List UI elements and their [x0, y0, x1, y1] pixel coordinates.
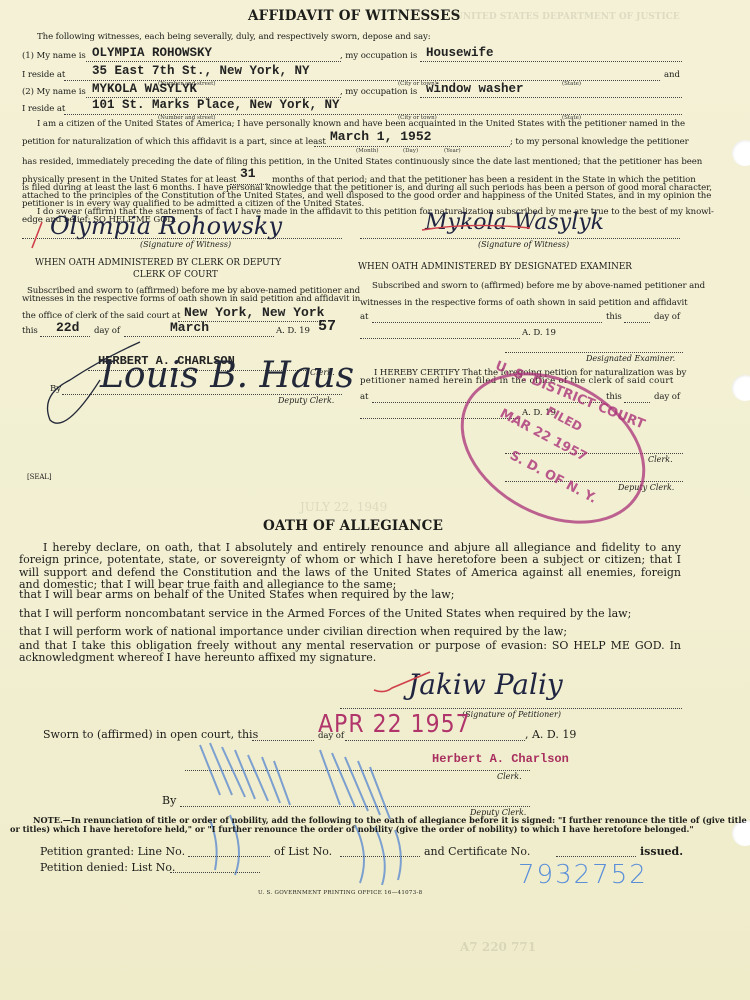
bleed-header: UNITED STATES DEPARTMENT OF JUSTICE	[455, 12, 680, 22]
dotted-line	[188, 856, 270, 857]
witness1-occupation: Housewife	[426, 46, 494, 60]
state-sublabel: (State)	[562, 81, 581, 87]
examiner-line1: Subscribed and sworn to (affirmed) befor…	[372, 281, 705, 291]
clerk-this-label: this	[22, 326, 38, 336]
dotted-line	[40, 336, 90, 337]
clerk-day-of-label: day of	[94, 326, 120, 336]
witness2-occupation-label: , my occupation is	[340, 87, 417, 97]
oath-month: March	[170, 320, 209, 335]
oath-final-para: and that I take this obligation freely w…	[19, 640, 681, 665]
printer-footer: U. S. GOVERNMENT PRINTING OFFICE 16—4107…	[258, 890, 422, 896]
bleed-alien-number: A7 220 771	[460, 940, 536, 954]
oath-national-work: that I will perform work of national imp…	[19, 625, 567, 638]
note-line2: or titles) which I have heretofore held,…	[10, 824, 694, 834]
examiner-day-of-label: day of	[654, 312, 680, 322]
acquainted-since-date: March 1, 1952	[330, 129, 431, 144]
citizen-para-line2-pre: petition for naturalization of which thi…	[22, 137, 326, 147]
dotted-line	[314, 146, 510, 147]
citizen-para-line3: has resided, immediately preceding the d…	[22, 157, 702, 167]
month-sublabel: (Month)	[356, 148, 379, 154]
witness1-address: 35 East 7th St., New York, NY	[92, 64, 310, 78]
dotted-line	[124, 336, 274, 337]
intro-text: The following witnesses, each being seve…	[37, 32, 431, 42]
witness1-reside-label: I reside at	[22, 70, 65, 80]
dotted-line	[556, 856, 636, 857]
red-check-mark	[370, 670, 440, 700]
court-location: New York, New York	[184, 305, 324, 320]
witness2-reside-label: I reside at	[22, 104, 65, 114]
witness1-name: OLYMPIA ROHOWSKY	[92, 46, 212, 60]
witness2-occupation: window washer	[426, 82, 524, 96]
year-sublabel: (Year)	[444, 148, 461, 154]
dotted-line	[64, 114, 682, 115]
clerk-heading-1: WHEN OATH ADMINISTERED BY CLERK OR DEPUT…	[35, 258, 281, 268]
witness2-signature-label: (Signature of Witness)	[478, 240, 569, 249]
oath-noncombatant: that I will perform noncombatant service…	[19, 607, 631, 620]
certificate-number-handwritten: 7932752	[518, 860, 648, 890]
seal-label: [SEAL]	[27, 473, 51, 481]
affidavit-title: AFFIDAVIT OF WITNESSES	[248, 8, 461, 24]
sworn-clerk-label: Clerk.	[497, 772, 522, 781]
citizen-para-line2-post: ; to my personal knowledge the petitione…	[510, 137, 689, 147]
hole-punch	[732, 140, 750, 166]
oath-title: OATH OF ALLEGIANCE	[263, 518, 443, 534]
designated-examiner-label: Designated Examiner.	[586, 354, 675, 363]
deputy-clerk-label: Deputy Clerk.	[278, 396, 334, 405]
dotted-line	[505, 352, 683, 353]
oath-year: 57	[318, 318, 336, 335]
witness1-occupation-label: , my occupation is	[340, 51, 417, 61]
witness2-address: 101 St. Marks Place, New York, NY	[92, 98, 340, 112]
of-list-label: of List No.	[274, 845, 332, 858]
dotted-line	[340, 856, 420, 857]
certify-day-of-label: day of	[654, 392, 680, 402]
hole-punch	[732, 375, 750, 401]
certify-at-label: at	[360, 392, 368, 402]
certify-this-label: this	[606, 392, 622, 402]
examiner-heading: WHEN OATH ADMINISTERED BY DESIGNATED EXA…	[358, 262, 632, 272]
witness2-name: MYKOLA WASYLYK	[92, 82, 197, 96]
red-check-mark	[28, 220, 48, 250]
oath-day: 22d	[56, 320, 79, 335]
naturalization-affidavit-page: UNITED STATES DEPARTMENT OF JUSTICE JULY…	[0, 0, 750, 1000]
witness1-signature: Olympia Rohowsky	[50, 212, 282, 240]
dotted-line	[624, 322, 650, 323]
red-check-mark	[420, 220, 540, 240]
dotted-line	[420, 61, 682, 62]
clerk-ad-label: A. D. 19	[276, 326, 310, 336]
sworn-by-label: By	[162, 794, 176, 807]
certify-clerk-label: Clerk.	[648, 455, 673, 464]
issued-label: issued.	[640, 845, 683, 858]
oath-bear-arms: that I will bear arms on behalf of the U…	[19, 588, 454, 601]
clerk-heading-2: CLERK OF COURT	[133, 270, 218, 280]
examiner-this-label: this	[606, 312, 622, 322]
dotted-line	[372, 322, 602, 323]
citizen-para-line1: I am a citizen of the United States of A…	[37, 119, 685, 129]
witness1-signature-label: (Signature of Witness)	[140, 240, 231, 249]
signature-line	[340, 708, 682, 709]
examiner-at-label: at	[360, 312, 368, 322]
clerk-line3-pre: the office of clerk of the said court at	[22, 311, 180, 321]
and-label: and	[664, 70, 680, 80]
signature-line	[360, 238, 680, 239]
signature-flourish	[30, 340, 170, 430]
witness2-name-label: (2) My name is	[22, 87, 86, 97]
oath-para1: I hereby declare, on oath, that I absolu…	[19, 542, 681, 591]
petition-denied-label: Petition denied: List No.	[40, 861, 175, 874]
day-sublabel: (Day)	[403, 148, 418, 154]
dotted-line	[360, 338, 520, 339]
clerk-line2: witnesses in the respective forms of oat…	[22, 294, 360, 304]
sworn-clerk-name: Herbert A. Charlson	[432, 752, 569, 766]
months-present: 31	[240, 166, 256, 181]
signature-line	[22, 238, 342, 239]
dotted-line	[420, 97, 682, 98]
petition-granted-label: Petition granted: Line No.	[40, 845, 185, 858]
witness1-name-label: (1) My name is	[22, 51, 86, 61]
sworn-ad-label: , A. D. 19	[525, 728, 576, 741]
dotted-line	[86, 61, 341, 62]
examiner-line2: witnesses in the respective forms of oat…	[360, 298, 688, 308]
bleed-date: JULY 22, 1949	[300, 500, 387, 514]
dotted-line	[624, 402, 650, 403]
certificate-label: and Certificate No.	[424, 845, 530, 858]
dotted-line	[170, 872, 260, 873]
blue-handwriting-scribble	[190, 735, 450, 885]
petitioner-signature-label: (Signature of Petitioner)	[462, 710, 561, 719]
examiner-ad-label: A. D. 19	[522, 328, 556, 338]
